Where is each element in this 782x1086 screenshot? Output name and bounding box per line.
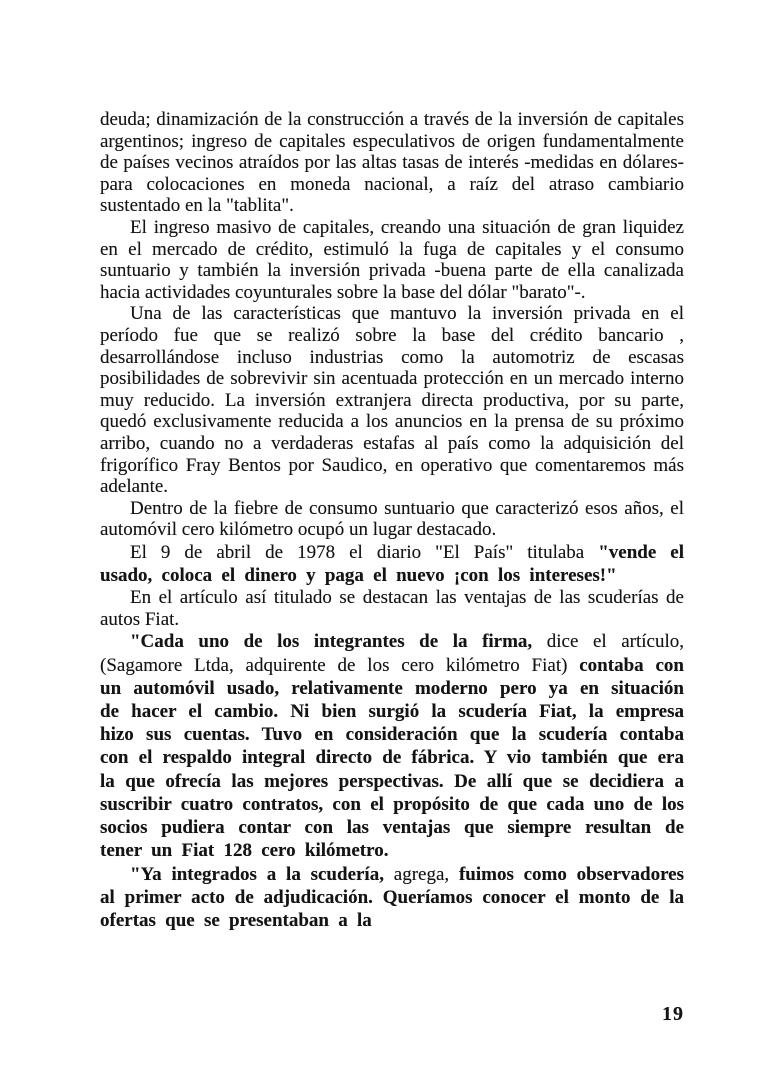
- paragraph-article-quote: "Ya integrados a la scudería, agrega, fu…: [100, 863, 684, 933]
- paragraph: deuda; dinamización de la construcción a…: [100, 109, 684, 217]
- paragraph: Dentro de la fiebre de consumo suntuario…: [100, 498, 684, 541]
- text-run: agrega,: [394, 864, 459, 885]
- text-run: Una de las características que mantuvo l…: [100, 303, 684, 497]
- book-page: deuda; dinamización de la construcción a…: [0, 0, 782, 1086]
- text-run-bold: contaba con un automóvil usado, relativa…: [100, 655, 684, 862]
- paragraph: En el artículo así titulado se destacan …: [100, 587, 684, 630]
- text-run: En el artículo así titulado se destacan …: [100, 587, 684, 630]
- text-run: El ingreso masivo de capitales, creando …: [100, 217, 684, 303]
- paragraph-article-quote: "Cada uno de los integrantes de la firma…: [100, 630, 684, 862]
- paragraph: Una de las características que mantuvo l…: [100, 303, 684, 497]
- text-run-bold: "Ya integrados a la scudería,: [130, 864, 394, 885]
- text-run: Dentro de la fiebre de consumo suntuario…: [100, 498, 684, 541]
- text-run-bold: "Cada uno de los integrantes de la firma…: [130, 631, 547, 652]
- paragraph: El ingreso masivo de capitales, creando …: [100, 217, 684, 303]
- text-run: El 9 de abril de 1978 el diario "El País…: [130, 542, 598, 563]
- text-block: deuda; dinamización de la construcción a…: [100, 109, 684, 932]
- page-number: 19: [624, 1003, 684, 1026]
- text-run: deuda; dinamización de la construcción a…: [100, 109, 684, 216]
- paragraph-headline-quote: El 9 de abril de 1978 el diario "El País…: [100, 541, 684, 587]
